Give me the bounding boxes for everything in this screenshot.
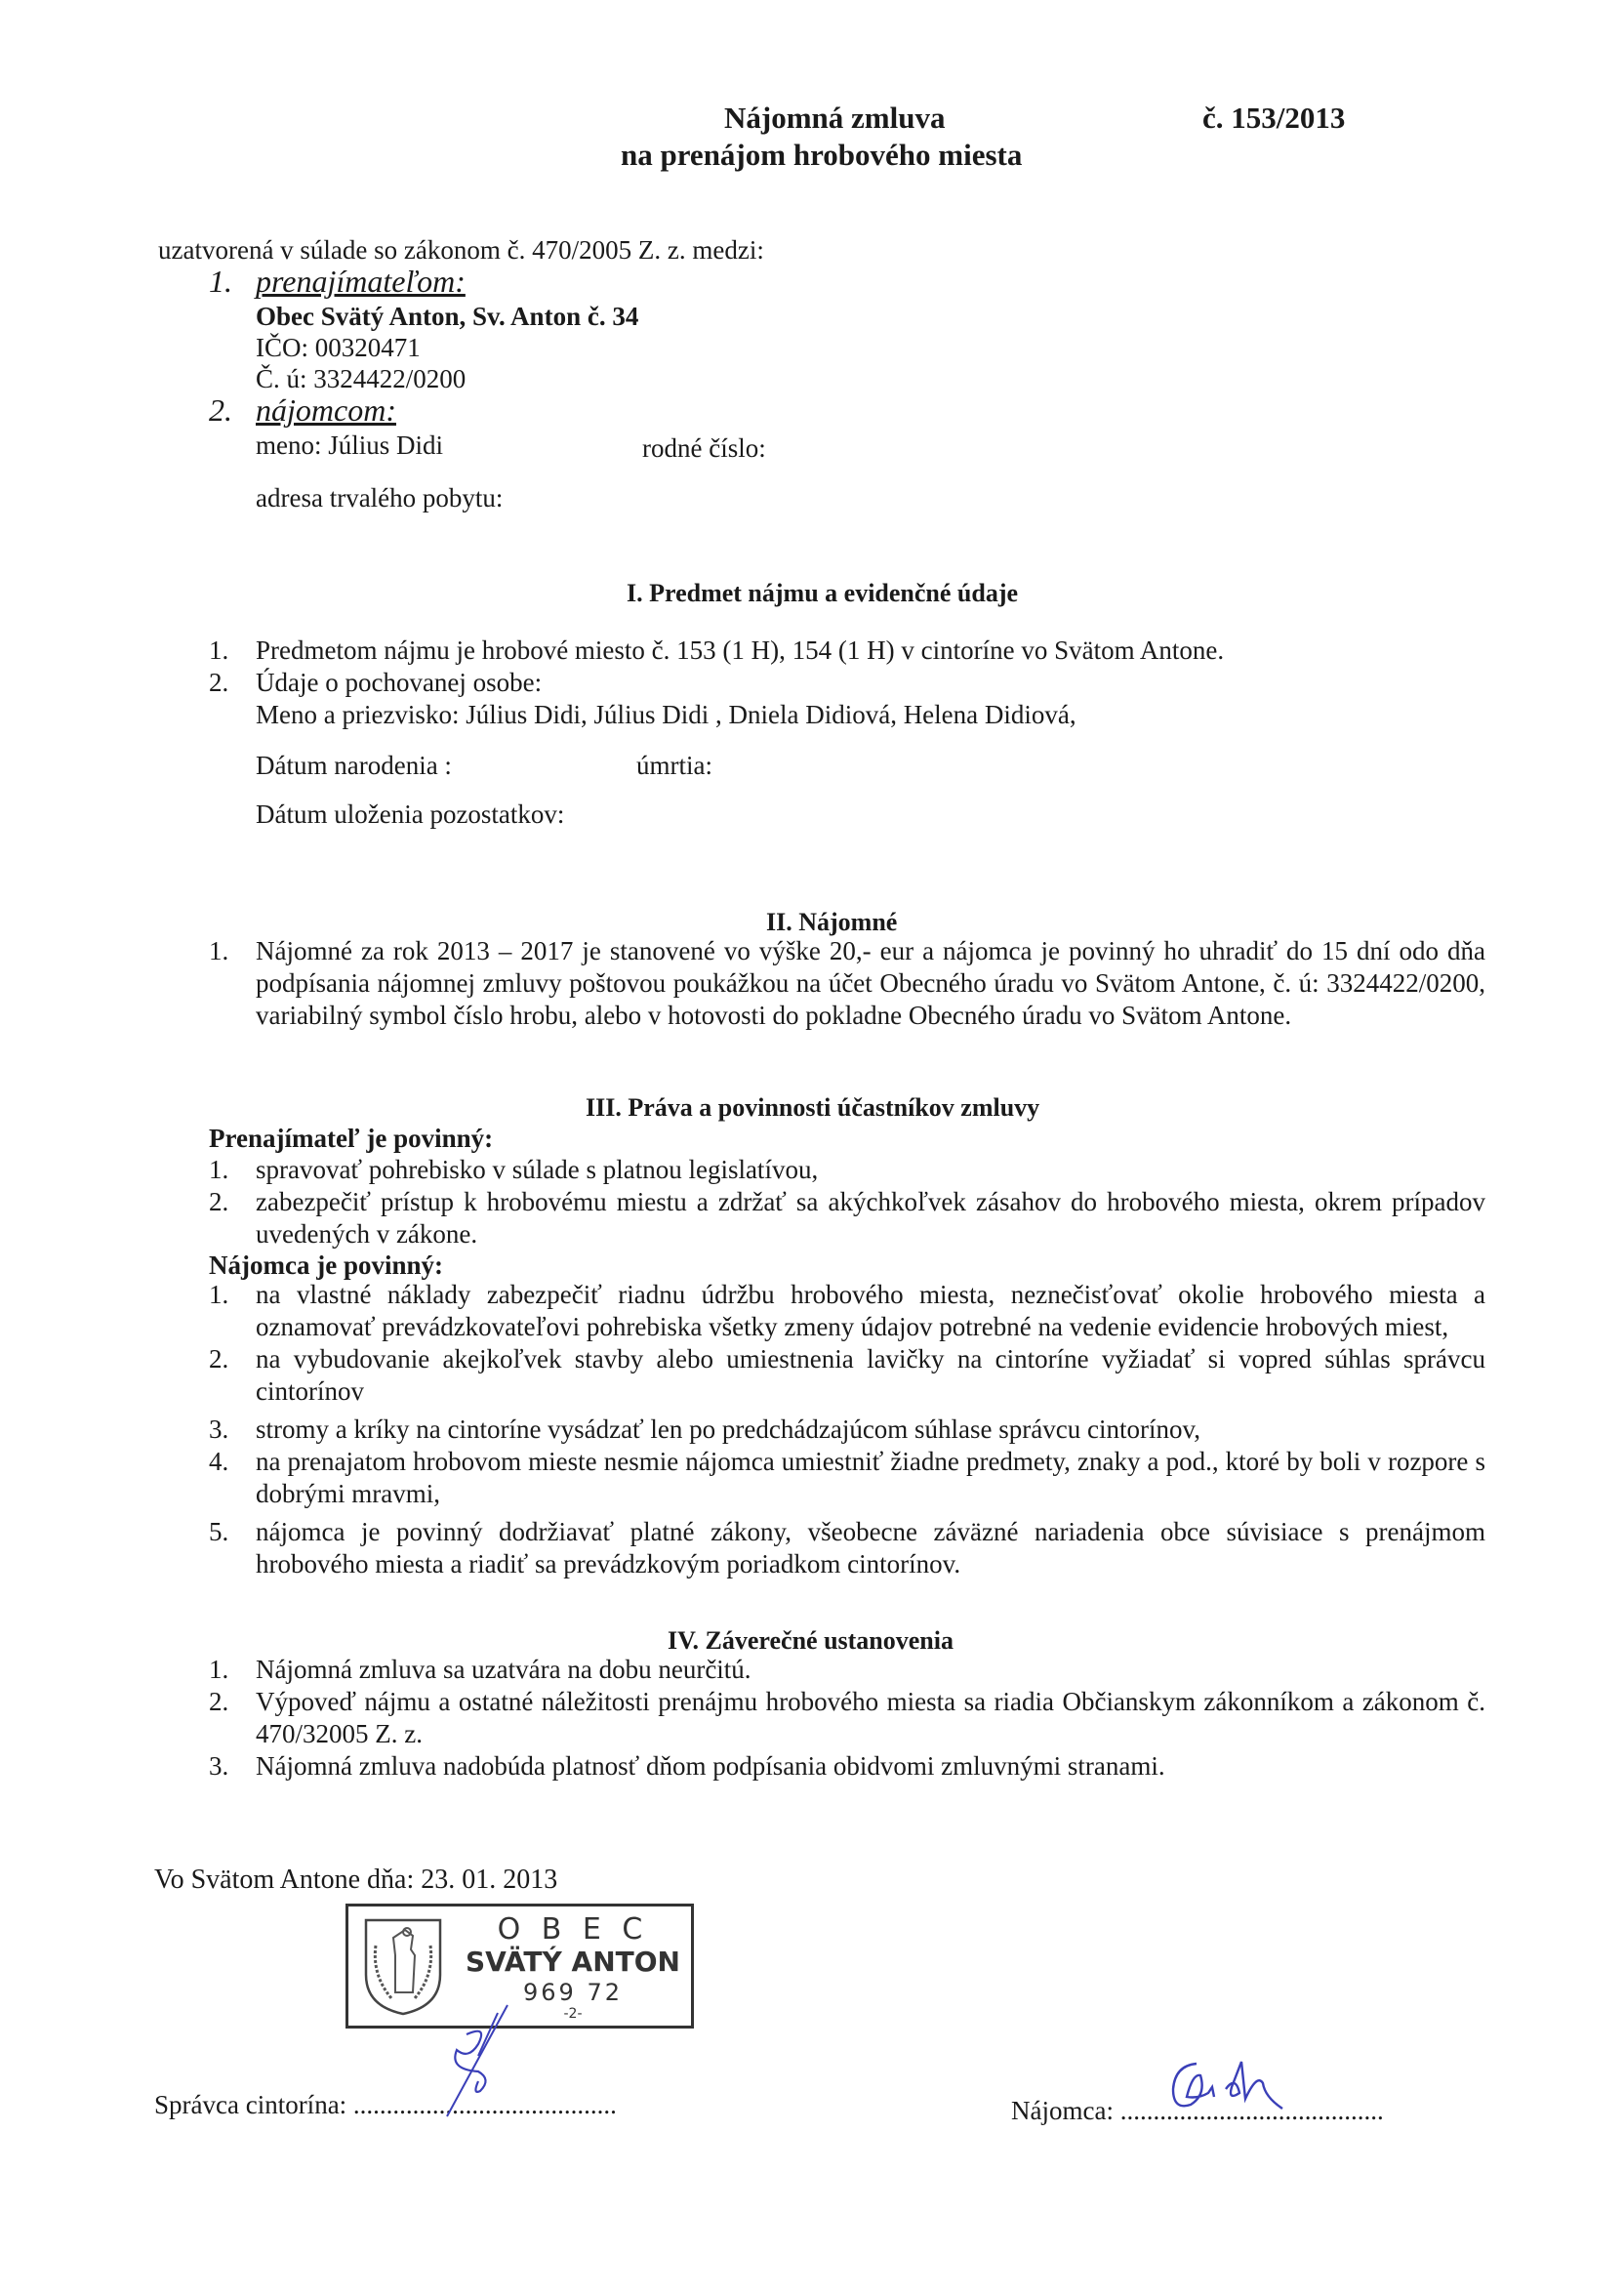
section4-list: 1.Nájomná zmluva sa uzatvára na dobu neu… [209, 1654, 1485, 1783]
tenant-name: meno: Július Didi [256, 430, 443, 461]
section4-item: 3.Nájomná zmluva nadobúda platnosť dňom … [209, 1750, 1485, 1783]
death-date-label: úmrtia: [636, 750, 712, 781]
administrator-signature-line: Správca cintorína: .....................… [154, 2089, 617, 2120]
tenant-duties-list: 1.na vlastné náklady zabezpečiť riadnu ú… [209, 1279, 1485, 1580]
burial-date-label: Dátum uloženia pozostatkov: [256, 799, 564, 830]
party2-number: 2. [209, 392, 232, 429]
section4-item: 2.Výpoveď nájmu a ostatné náležitosti pr… [209, 1686, 1485, 1750]
tenant-duty-item: 5.nájomca je povinný dodržiavať platné z… [209, 1516, 1485, 1580]
party1-label: prenajímateľom: [256, 264, 466, 300]
section4-heading: IV. Záverečné ustanovenia [668, 1626, 954, 1656]
buried-names: Meno a priezvisko: Július Didi, Július D… [256, 699, 1076, 730]
landlord-ico: IČO: 00320471 [256, 332, 421, 363]
document-title-line1: Nájomná zmluva [724, 100, 945, 137]
landlord-duty-item: 1.spravovať pohrebisko v súlade s platno… [209, 1154, 1485, 1186]
landlord-duties-list: 1.spravovať pohrebisko v súlade s platno… [209, 1154, 1485, 1250]
tenant-duties-heading: Nájomca je povinný: [209, 1250, 443, 1281]
stamp-line2: SVÄTÝ ANTON [456, 1946, 690, 1978]
section1-item: 2.Údaje o pochovanej osobe: [209, 667, 1321, 699]
section2-heading: II. Nájomné [766, 908, 897, 937]
landlord-name-address: Obec Svätý Anton, Sv. Anton č. 34 [256, 301, 638, 332]
section3-heading: III. Práva a povinnosti účastníkov zmluv… [586, 1093, 1039, 1123]
section1-heading: I. Predmet nájmu a evidenčné údaje [627, 579, 1018, 608]
landlord-duty-item: 2.zabezpečiť prístup k hrobovému miestu … [209, 1186, 1485, 1250]
stamp-line1: O B E C [456, 1912, 690, 1947]
section2-list: 1.Nájomné za rok 2013 – 2017 je stanoven… [209, 935, 1485, 1032]
section4-item: 1.Nájomná zmluva sa uzatvára na dobu neu… [209, 1654, 1485, 1686]
tenant-duty-item: 1.na vlastné náklady zabezpečiť riadnu ú… [209, 1279, 1485, 1343]
tenant-birth-number-label: rodné číslo: [642, 432, 766, 464]
tenant-duty-item: 4.na prenajatom hrobovom mieste nesmie n… [209, 1446, 1485, 1510]
section2-item: 1.Nájomné za rok 2013 – 2017 je stanoven… [209, 935, 1485, 1032]
place-and-date: Vo Svätom Antone dňa: 23. 01. 2013 [154, 1865, 557, 1896]
section1-list: 1.Predmetom nájmu je hrobové miesto č. 1… [209, 635, 1321, 699]
section1-item: 1.Predmetom nájmu je hrobové miesto č. 1… [209, 635, 1321, 667]
tenant-address-label: adresa trvalého pobytu: [256, 482, 503, 513]
birth-date-label: Dátum narodenia : [256, 750, 452, 781]
party1-number: 1. [209, 264, 232, 300]
document-title-line2: na prenájom hrobového miesta [621, 137, 1022, 174]
landlord-duties-heading: Prenajímateľ je povinný: [209, 1123, 493, 1154]
landlord-account: Č. ú: 3324422/0200 [256, 363, 466, 394]
tenant-signature-icon [1167, 2054, 1294, 2122]
administrator-signature-icon [410, 2001, 527, 2118]
contract-number: č. 153/2013 [1202, 100, 1345, 137]
party2-label: nájomcom: [256, 392, 396, 429]
intro-text: uzatvorená v súlade so zákonom č. 470/20… [158, 234, 764, 266]
tenant-duty-item: 2.na vybudovanie akejkoľvek stavby alebo… [209, 1343, 1485, 1408]
tenant-duty-item: 3.stromy a kríky na cintoríne vysádzať l… [209, 1414, 1485, 1446]
